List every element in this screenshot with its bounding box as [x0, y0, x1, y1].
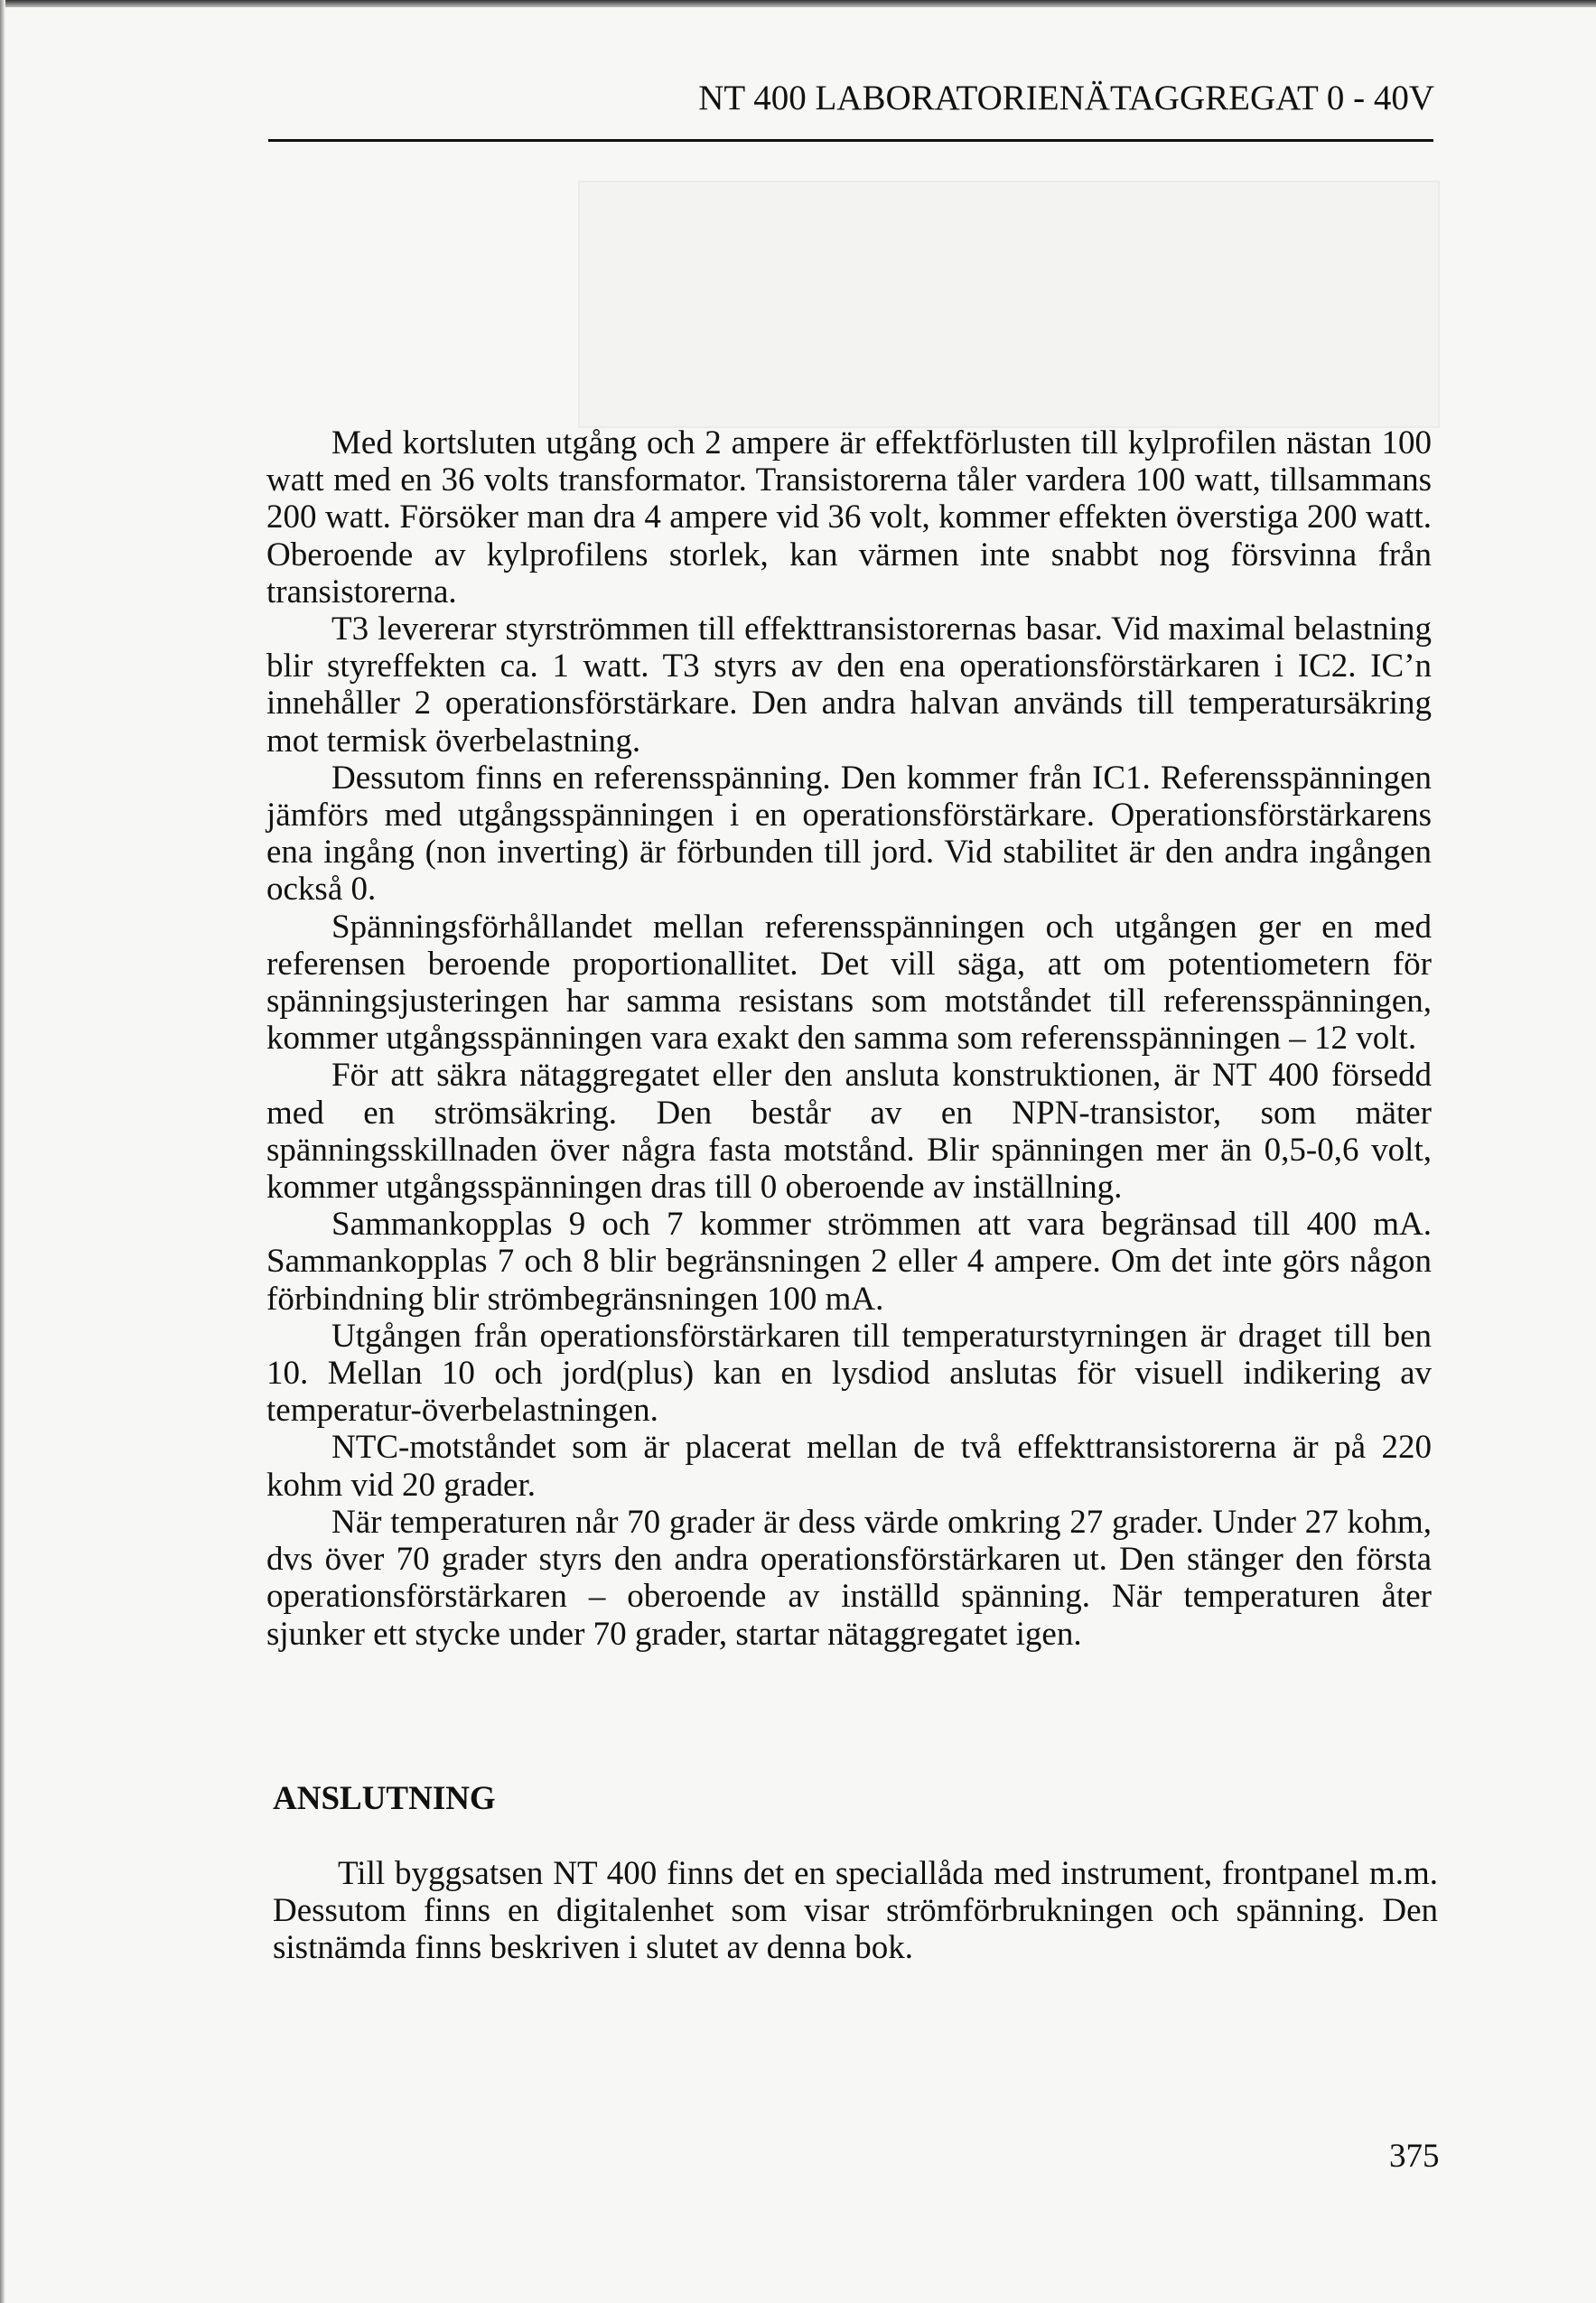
paragraph: Spänningsförhållandet mellan referensspä… — [266, 909, 1432, 1058]
page-number: 375 — [1389, 2137, 1440, 2176]
paragraph: Dessutom finns en referensspänning. Den … — [266, 760, 1432, 909]
paragraph: NTC-motståndet som är placerat mellan de… — [266, 1429, 1432, 1503]
running-header-title: NT 400 LABORATORIENÄTAGGREGAT 0 - 40V — [271, 78, 1434, 118]
body-text: Med kortsluten utgång och 2 ampere är ef… — [266, 424, 1432, 1653]
header-rule — [268, 139, 1433, 142]
section-text: Till byggsatsen NT 400 finns det en spec… — [273, 1855, 1438, 1967]
paragraph: Till byggsatsen NT 400 finns det en spec… — [273, 1855, 1438, 1967]
show-through-artifact — [578, 181, 1440, 428]
scan-edge-left — [0, 0, 5, 2303]
paragraph: Med kortsluten utgång och 2 ampere är ef… — [266, 424, 1432, 611]
paragraph: När temperaturen når 70 grader är dess v… — [266, 1504, 1432, 1653]
paragraph: För att säkra nätaggregatet eller den an… — [266, 1057, 1432, 1206]
section-heading: ANSLUTNING — [273, 1779, 496, 1818]
scan-edge-top — [0, 0, 1596, 7]
paragraph: Sammankopplas 9 och 7 kommer strömmen at… — [266, 1206, 1432, 1318]
paragraph: Utgången från operationsförstärkaren til… — [266, 1318, 1432, 1430]
paragraph: T3 levererar styrströmmen till effekttra… — [266, 611, 1432, 760]
